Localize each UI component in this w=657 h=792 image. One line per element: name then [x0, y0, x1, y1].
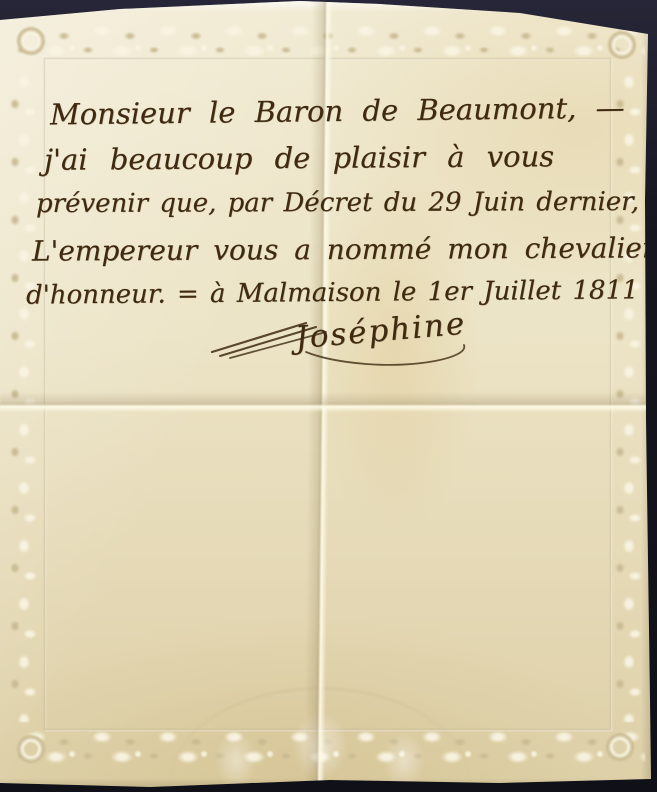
photo-background: Monsieur le Baron de Beaumont, — j'ai be…	[0, 0, 657, 792]
embossed-corner-rosette	[16, 26, 46, 56]
embossed-corner-rosette	[607, 30, 637, 60]
paper-bottom-edge-shadow	[0, 778, 657, 792]
handwritten-line-3: prévenir que, par Décret du 29 Juin dern…	[36, 187, 639, 219]
handwritten-line-5: d'honneur. = à Malmaison le 1er Juillet …	[26, 275, 639, 310]
embossed-corner-rosette	[16, 734, 46, 764]
handwritten-line-2: j'ai beaucoup de plaisir à vous	[44, 139, 554, 177]
signature-tail-stroke	[296, 342, 471, 372]
letter-paper: Monsieur le Baron de Beaumont, — j'ai be…	[0, 0, 657, 792]
embossed-corner-rosette	[605, 732, 635, 762]
handwritten-line-4: L'empereur vous a nommé mon chevalier	[32, 231, 655, 267]
horizontal-fold-crease	[0, 392, 657, 416]
handwritten-line-1: Monsieur le Baron de Beaumont, —	[50, 90, 625, 131]
